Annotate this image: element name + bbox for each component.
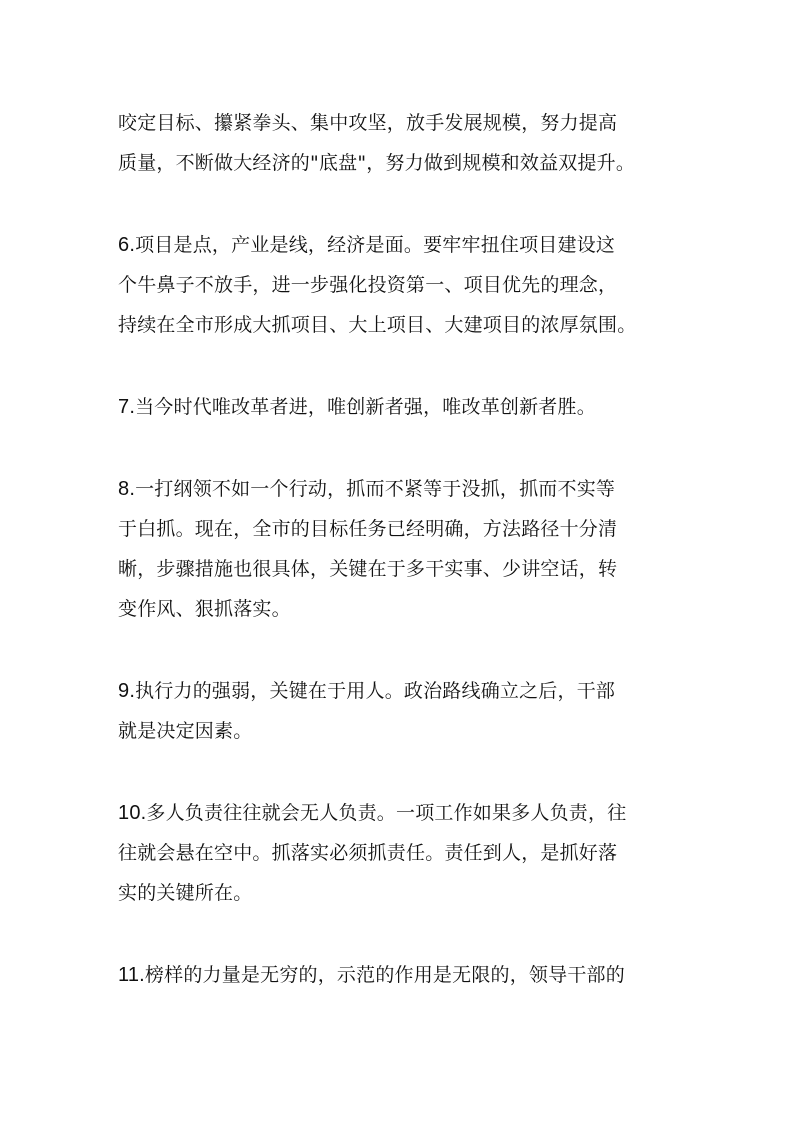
paragraph-10: 10.多人负责往往就会无人负责。一项工作如果多人负责，往 往就会悬在空中。抓落实… [118, 793, 678, 913]
text-line: 8.一打纲领不如一个行动，抓而不紧等于没抓，抓而不实等 [118, 469, 678, 509]
text-line: 于白抓。现在，全市的目标任务已经明确，方法路径十分清 [118, 509, 678, 549]
text-line: 就是决定因素。 [118, 711, 678, 751]
text-line: 个牛鼻子不放手，进一步强化投资第一、项目优先的理念， [118, 265, 678, 305]
paragraph-number: 11. [118, 964, 145, 986]
text-line: 6.项目是点，产业是线，经济是面。要牢牢扭住项目建设这 [118, 225, 678, 265]
paragraph-number: 7. [118, 396, 135, 418]
paragraph-7: 7.当今时代唯改革者进，唯创新者强，唯改革创新者胜。 [118, 387, 678, 427]
paragraph-number: 6. [118, 234, 135, 256]
paragraph-continued: 咬定目标、攥紧拳头、集中攻坚，放手发展规模，努力提高 质量，不断做大经济的"底盘… [118, 103, 678, 183]
paragraph-11: 11.榜样的力量是无穷的，示范的作用是无限的，领导干部的 [118, 955, 678, 995]
paragraph-number: 8. [118, 478, 135, 500]
text-line: 质量，不断做大经济的"底盘"，努力做到规模和效益双提升。 [118, 143, 678, 183]
text-line: 咬定目标、攥紧拳头、集中攻坚，放手发展规模，努力提高 [118, 103, 678, 143]
text-line: 持续在全市形成大抓项目、大上项目、大建项目的浓厚氛围。 [118, 305, 678, 345]
text-line: 往就会悬在空中。抓落实必须抓责任。责任到人，是抓好落 [118, 833, 678, 873]
text-line: 实的关键所在。 [118, 873, 678, 913]
text-line: 11.榜样的力量是无穷的，示范的作用是无限的，领导干部的 [118, 955, 678, 995]
text-line: 7.当今时代唯改革者进，唯创新者强，唯改革创新者胜。 [118, 387, 678, 427]
text-line: 10.多人负责往往就会无人负责。一项工作如果多人负责，往 [118, 793, 678, 833]
text-line: 9.执行力的强弱，关键在于用人。政治路线确立之后，干部 [118, 671, 678, 711]
paragraph-8: 8.一打纲领不如一个行动，抓而不紧等于没抓，抓而不实等 于白抓。现在，全市的目标… [118, 469, 678, 629]
text-line: 变作风、狠抓落实。 [118, 589, 678, 629]
text-line: 晰，步骤措施也很具体，关键在于多干实事、少讲空话，转 [118, 549, 678, 589]
paragraph-9: 9.执行力的强弱，关键在于用人。政治路线确立之后，干部 就是决定因素。 [118, 671, 678, 751]
paragraph-number: 9. [118, 680, 135, 702]
paragraph-number: 10. [118, 802, 146, 824]
paragraph-6: 6.项目是点，产业是线，经济是面。要牢牢扭住项目建设这 个牛鼻子不放手，进一步强… [118, 225, 678, 345]
document-page: 咬定目标、攥紧拳头、集中攻坚，放手发展规模，努力提高 质量，不断做大经济的"底盘… [118, 103, 678, 1037]
